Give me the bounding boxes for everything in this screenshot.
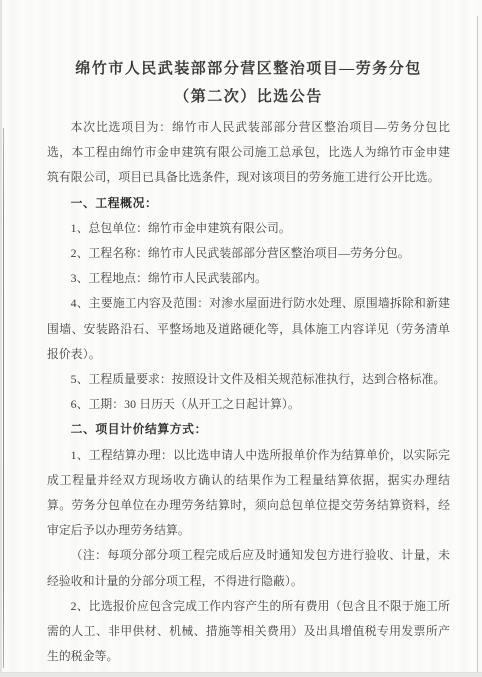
scan-edge-left-line (3, 128, 4, 668)
scan-edge-right-line (477, 16, 478, 677)
section-1-item-6: 6、工期：30 日历天（从开工之日起计算）。 (47, 392, 450, 417)
section-2-heading: 二、项目计价结算方式： (47, 417, 450, 442)
section-1-heading: 一、工程概况： (47, 191, 450, 216)
section-1-item-3: 3、工程地点：绵竹市人民武装部内。 (47, 266, 450, 291)
section-1-item-4: 4、主要施工内容及范围：对渗水屋面进行防水处理、原围墙拆除和新建围墙、安装路沿石… (47, 291, 450, 367)
scanned-document-screenshot: { "document": { "title": [ "绵竹市人民武装部部分营区… (0, 0, 482, 677)
document-title-line-1: 绵竹市人民武装部部分营区整治项目—劳务分包 (47, 55, 450, 83)
scan-edge-left-strip (0, 0, 2, 677)
intro-paragraph: 本次比选项目为：绵竹市人民武装部部分营区整治项目—劳务分包比选，本工程由绵竹市金… (47, 115, 450, 191)
section-2-note: （注：每项分部分项工程完成后应及时通知发包方进行验收、计量，未经验收和计量的分部… (47, 543, 450, 593)
document-title-line-2: （第二次）比选公告 (47, 83, 450, 111)
document-title-block: 绵竹市人民武装部部分营区整治项目—劳务分包 （第二次）比选公告 (47, 55, 450, 111)
section-2-item-2: 2、比选报价应包含完成工作内容产生的所有费用（包含且不限于施工所需的人工、非甲供… (47, 594, 450, 670)
section-1-item-5: 5、工程质量要求：按照设计文件及相关规范标准执行，达到合格标准。 (47, 367, 450, 392)
section-1-item-2: 2、工程名称：绵竹市人民武装部部分营区整治项目—劳务分包。 (47, 241, 450, 266)
scan-edge-bottom-band (0, 672, 482, 677)
section-2-item-1: 1、工程结算办理：以比选申请人中选所报单价作为结算单价，以实际完成工程量并经双方… (47, 443, 450, 544)
section-1-item-1: 1、总包单位：绵竹市金申建筑有限公司。 (47, 216, 450, 241)
document-page: 绵竹市人民武装部部分营区整治项目—劳务分包 （第二次）比选公告 本次比选项目为：… (0, 0, 482, 677)
document-content: 绵竹市人民武装部部分营区整治项目—劳务分包 （第二次）比选公告 本次比选项目为：… (47, 55, 450, 669)
